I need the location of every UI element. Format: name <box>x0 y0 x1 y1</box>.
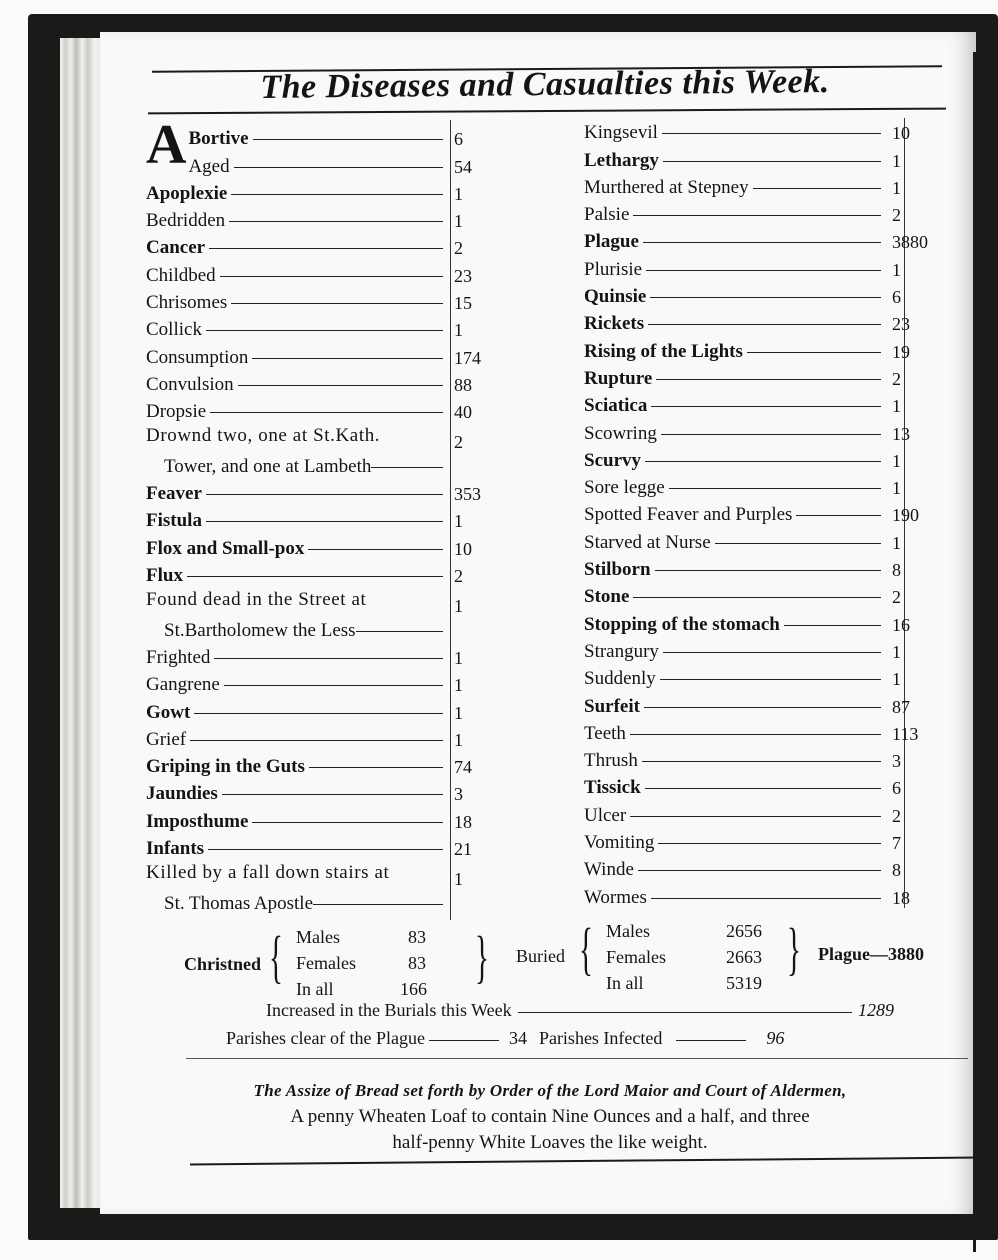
cause-name: Stopping of the stomach <box>584 615 784 635</box>
list-item: Tissick6 <box>584 771 954 798</box>
christned-label: Christned <box>184 954 261 975</box>
list-item: Found dead in the Street at St.Bartholom… <box>146 586 506 641</box>
list-item: Gangrene1 <box>146 668 506 695</box>
cause-count: 3 <box>884 751 954 771</box>
cause-count: 174 <box>446 348 506 368</box>
cause-name: Killed by a fall down stairs at <box>146 863 446 883</box>
list-item: Griping in the Guts74 <box>146 750 506 777</box>
cause-count: 2 <box>446 422 506 477</box>
buried-males-value: 2656 <box>726 918 762 944</box>
cause-count: 353 <box>446 484 506 504</box>
buried-all-label: In all <box>606 970 726 996</box>
cause-name: Frighted <box>146 648 214 668</box>
cause-count: 16 <box>884 615 954 635</box>
cause-count: 1 <box>884 260 954 280</box>
cause-count: 23 <box>446 266 506 286</box>
cause-name: Chrisomes <box>146 293 231 313</box>
parishes-clear-value: 34 <box>509 1028 527 1049</box>
cause-name: Apoplexie <box>146 184 231 204</box>
cause-name: Lethargy <box>584 151 663 171</box>
cause-count: 1 <box>884 478 954 498</box>
assize-top-rule <box>186 1058 968 1059</box>
list-item: Plague3880 <box>584 225 954 252</box>
cause-name: Convulsion <box>146 375 238 395</box>
cause-name: Murthered at Stepney <box>584 178 753 198</box>
cause-count: 18 <box>884 888 954 908</box>
cause-count: 40 <box>446 402 506 422</box>
plague-value: 3880 <box>888 944 924 964</box>
cause-name: Plurisie <box>584 260 646 280</box>
buried-females-label: Females <box>606 944 726 970</box>
list-item: Consumption174 <box>146 340 506 367</box>
cause-count: 1 <box>446 211 506 231</box>
assize-heading: The Assize of Bread set forth by Order o… <box>150 1078 950 1104</box>
list-item: Fistula1 <box>146 504 506 531</box>
list-item: Bedridden1 <box>146 204 506 231</box>
cause-name: Childbed <box>146 266 220 286</box>
cause-name: Flox and Small-pox <box>146 539 308 559</box>
cause-count: 87 <box>884 697 954 717</box>
cause-count: 2 <box>884 369 954 389</box>
cause-name: Strangury <box>584 642 663 662</box>
list-item: Sore legge1 <box>584 471 954 498</box>
list-item: Plurisie1 <box>584 252 954 279</box>
cause-count: 1 <box>884 533 954 553</box>
cause-count: 1 <box>446 730 506 750</box>
cause-name: Consumption <box>146 348 252 368</box>
list-item: Stone2 <box>584 580 954 607</box>
cause-name: Stone <box>584 587 633 607</box>
cause-name: Wormes <box>584 888 651 908</box>
list-item: Scowring13 <box>584 416 954 443</box>
cause-count: 113 <box>884 724 954 744</box>
christned-females-value: 83 <box>408 950 426 976</box>
cause-count: 190 <box>884 505 954 525</box>
list-item: Winde8 <box>584 853 954 880</box>
cause-count: 1 <box>446 648 506 668</box>
cause-name: Surfeit <box>584 697 644 717</box>
cause-name: Dropsie <box>146 402 210 422</box>
cause-name: Fistula <box>146 511 206 531</box>
list-item: Bortive 6 <box>188 122 506 149</box>
list-item: Scurvy1 <box>584 444 954 471</box>
cause-count: 6 <box>446 129 506 149</box>
parishes-clear-label: Parishes clear of the Plague <box>226 1028 425 1049</box>
list-item: Vomiting7 <box>584 826 954 853</box>
cause-count: 3880 <box>884 232 954 252</box>
assize-line-2: A penny Wheaten Loaf to contain Nine Oun… <box>150 1104 950 1130</box>
cause-name: Found dead in the Street at <box>146 590 446 610</box>
cause-count: 3 <box>446 784 506 804</box>
cause-count: 1 <box>446 320 506 340</box>
cause-count: 1 <box>446 703 506 723</box>
list-item: Murthered at Stepney1 <box>584 171 954 198</box>
cause-name: Bedridden <box>146 211 229 231</box>
list-item: Grief1 <box>146 723 506 750</box>
list-item: Childbed23 <box>146 258 506 285</box>
cause-count: 8 <box>884 860 954 880</box>
list-item: Surfeit87 <box>584 689 954 716</box>
list-item: Ulcer2 <box>584 798 954 825</box>
cause-name: Spotted Feaver and Purples <box>584 505 796 525</box>
cause-name: Collick <box>146 320 206 340</box>
plague-summary: Plague—3880 <box>818 944 924 965</box>
assize-line-3: half-penny White Loaves the like weight. <box>150 1130 950 1156</box>
cause-name: Rickets <box>584 314 648 334</box>
list-item: Killed by a fall down stairs at St. Thom… <box>146 859 506 914</box>
list-item: Sciatica1 <box>584 389 954 416</box>
cause-count: 23 <box>884 314 954 334</box>
cause-count: 6 <box>884 287 954 307</box>
cause-count: 8 <box>884 560 954 580</box>
left-brace-icon: { <box>269 928 283 986</box>
cause-name: Infants <box>146 839 208 859</box>
christned-males-label: Males <box>296 924 408 950</box>
cause-name: Stilborn <box>584 560 655 580</box>
cause-count: 2 <box>884 205 954 225</box>
list-item: Drownd two, one at St.Kath. Tower, and o… <box>146 422 506 477</box>
cause-name: Gowt <box>146 703 194 723</box>
cause-count: 54 <box>446 157 506 177</box>
cause-count: 18 <box>446 812 506 832</box>
list-item: Collick1 <box>146 313 506 340</box>
cause-name: Rising of the Lights <box>584 342 747 362</box>
cause-name-line2: St.Bartholomew the Less <box>164 621 356 641</box>
assize-of-bread: The Assize of Bread set forth by Order o… <box>150 1078 950 1156</box>
list-item: Cancer2 <box>146 231 506 258</box>
right-brace-icon: } <box>475 928 489 986</box>
cause-count: 1 <box>884 669 954 689</box>
list-item: Spotted Feaver and Purples190 <box>584 498 954 525</box>
christned-females-label: Females <box>296 950 408 976</box>
list-item: Infants21 <box>146 832 506 859</box>
cause-name: Aged <box>188 157 233 177</box>
cause-name: Grief <box>146 730 190 750</box>
list-item: Flox and Small-pox10 <box>146 531 506 558</box>
left-column: A Bortive 6 Aged 54 Apoplexie1 Bedridden… <box>146 122 506 914</box>
buried-females-value: 2663 <box>726 944 762 970</box>
left-brace-icon: { <box>579 920 593 978</box>
cause-name: Plague <box>584 232 643 252</box>
spine-line <box>973 52 976 1252</box>
cause-name: Gangrene <box>146 675 224 695</box>
cause-count: 88 <box>446 375 506 395</box>
cause-name: Tissick <box>584 778 645 798</box>
list-item: Wormes18 <box>584 880 954 907</box>
list-item: Kingsevil10 <box>584 116 954 143</box>
parishes-row: Parishes clear of the Plague 34 Parishes… <box>226 1028 926 1049</box>
cause-name: Suddenly <box>584 669 660 689</box>
list-item: Flux2 <box>146 559 506 586</box>
list-item: Starved at Nurse1 <box>584 525 954 552</box>
cause-name: Vomiting <box>584 833 658 853</box>
parishes-infected-label: Parishes Infected <box>539 1028 662 1049</box>
cause-name: Palsie <box>584 205 633 225</box>
cause-name-line2: Tower, and one at Lambeth <box>164 457 371 477</box>
list-item: Stilborn8 <box>584 553 954 580</box>
cause-count: 2 <box>446 238 506 258</box>
cause-count: 1 <box>446 586 506 641</box>
cause-name: Kingsevil <box>584 123 662 143</box>
cause-name: Teeth <box>584 724 630 744</box>
cause-name: Sciatica <box>584 396 651 416</box>
cause-count: 1 <box>446 675 506 695</box>
cause-name: Bortive <box>188 129 252 149</box>
cause-count: 2 <box>884 587 954 607</box>
cause-name: Rupture <box>584 369 656 389</box>
list-item: Imposthume18 <box>146 804 506 831</box>
list-item: Rupture2 <box>584 362 954 389</box>
list-item: Chrisomes15 <box>146 286 506 313</box>
cause-count: 21 <box>446 839 506 859</box>
cause-name: Starved at Nurse <box>584 533 715 553</box>
cause-count: 6 <box>884 778 954 798</box>
parishes-infected-value: 96 <box>766 1028 784 1049</box>
list-item: Suddenly1 <box>584 662 954 689</box>
list-item: Teeth113 <box>584 717 954 744</box>
cause-count: 74 <box>446 757 506 777</box>
christned-males-value: 83 <box>408 924 426 950</box>
cause-name: Scurvy <box>584 451 645 471</box>
cause-count: 10 <box>884 123 954 143</box>
cause-name: Ulcer <box>584 806 630 826</box>
cause-count: 15 <box>446 293 506 313</box>
list-item: Quinsie6 <box>584 280 954 307</box>
cause-count: 2 <box>446 566 506 586</box>
christned-all-value: 166 <box>400 976 427 1002</box>
cause-name: Sore legge <box>584 478 669 498</box>
list-item: Thrush3 <box>584 744 954 771</box>
list-item: Strangury1 <box>584 635 954 662</box>
buried-all-value: 5319 <box>726 970 762 996</box>
right-column: Kingsevil10 Lethargy1 Murthered at Stepn… <box>584 116 954 908</box>
list-item: Rising of the Lights19 <box>584 334 954 361</box>
list-item: Jaundies3 <box>146 777 506 804</box>
cause-name: Flux <box>146 566 187 586</box>
increased-row: Increased in the Burials this Week 1289 <box>266 1000 906 1021</box>
christned-all-label: In all <box>296 976 400 1002</box>
cause-count: 10 <box>446 539 506 559</box>
cause-count: 1 <box>446 184 506 204</box>
increased-value: 1289 <box>858 1000 894 1021</box>
cause-name: Griping in the Guts <box>146 757 309 777</box>
cause-count: 1 <box>446 511 506 531</box>
plague-label: Plague <box>818 944 870 964</box>
buried-label: Buried <box>516 946 565 967</box>
list-item: Stopping of the stomach16 <box>584 607 954 634</box>
cause-count: 1 <box>446 859 506 914</box>
list-item: Rickets23 <box>584 307 954 334</box>
cause-name: Drownd two, one at St.Kath. <box>146 426 446 446</box>
cause-count: 1 <box>884 151 954 171</box>
cause-name: Jaundies <box>146 784 222 804</box>
cause-count: 1 <box>884 642 954 662</box>
list-item: Feaver353 <box>146 477 506 504</box>
cause-name: Quinsie <box>584 287 650 307</box>
increased-label: Increased in the Burials this Week <box>266 1000 512 1021</box>
cause-name: Feaver <box>146 484 206 504</box>
cause-name: Winde <box>584 860 638 880</box>
drop-cap: A <box>146 122 186 177</box>
cause-name: Thrush <box>584 751 642 771</box>
list-item: Apoplexie1 <box>146 177 506 204</box>
list-item: Frighted1 <box>146 641 506 668</box>
cause-name: Scowring <box>584 424 661 444</box>
list-item: Dropsie40 <box>146 395 506 422</box>
list-item: Lethargy1 <box>584 143 954 170</box>
buried-males-label: Males <box>606 918 726 944</box>
cause-count: 13 <box>884 424 954 444</box>
cause-count: 1 <box>884 396 954 416</box>
list-item: Palsie2 <box>584 198 954 225</box>
list-item: Aged 54 <box>188 149 506 176</box>
cause-count: 7 <box>884 833 954 853</box>
cause-name: Imposthume <box>146 812 252 832</box>
cause-name-line2: St. Thomas Apostle <box>164 894 313 914</box>
list-item: Gowt1 <box>146 695 506 722</box>
cause-count: 19 <box>884 342 954 362</box>
entry-abortive-aged: A Bortive 6 Aged 54 <box>146 122 506 177</box>
cause-count: 2 <box>884 806 954 826</box>
cause-name: Cancer <box>146 238 209 258</box>
cause-count: 1 <box>884 178 954 198</box>
list-item: Convulsion88 <box>146 368 506 395</box>
cause-count: 1 <box>884 451 954 471</box>
right-brace-icon: } <box>787 920 801 978</box>
